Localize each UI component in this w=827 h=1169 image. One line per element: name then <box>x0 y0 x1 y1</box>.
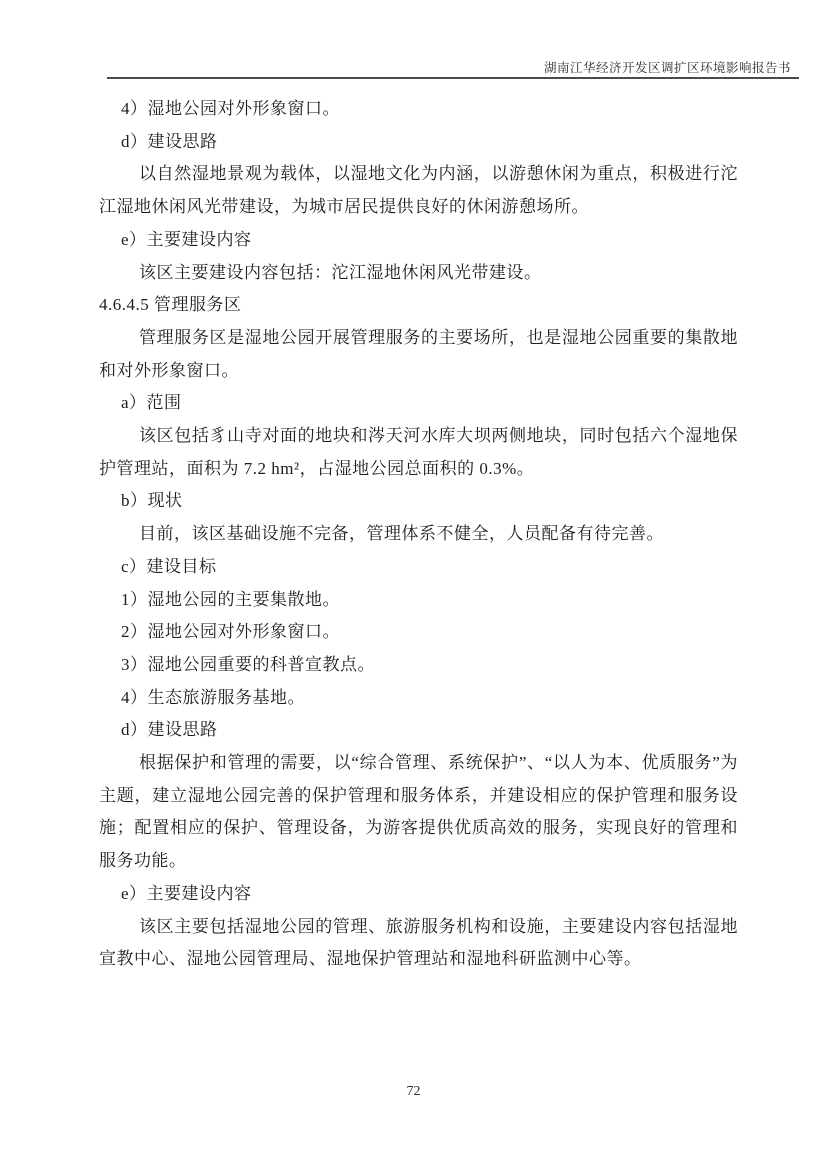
body-paragraph: 该区包括豸山寺对面的地块和涔天河水库大坝两侧地块，同时包括六个湿地保护管理站，面… <box>99 420 738 485</box>
body-paragraph: 目前，该区基础设施不完备，管理体系不健全，人员配备有待完善。 <box>99 518 738 551</box>
list-item: 1）湿地公园的主要集散地。 <box>99 584 738 617</box>
list-item: d）建设思路 <box>99 714 738 747</box>
running-header-title: 湖南江华经济开发区调扩区环境影响报告书 <box>544 58 791 76</box>
section-heading: 4.6.4.5 管理服务区 <box>99 289 738 322</box>
body-paragraph: 管理服务区是湿地公园开展管理服务的主要场所，也是湿地公园重要的集散地和对外形象窗… <box>99 322 738 387</box>
list-item: c）建设目标 <box>99 551 738 584</box>
document-page: 湖南江华经济开发区调扩区环境影响报告书 4）湿地公园对外形象窗口。d）建设思路以… <box>0 0 827 1169</box>
body-paragraph: 该区主要包括湿地公园的管理、旅游服务机构和设施，主要建设内容包括湿地宣教中心、湿… <box>99 911 738 976</box>
list-item: 4）生态旅游服务基地。 <box>99 682 738 715</box>
list-item: e）主要建设内容 <box>99 878 738 911</box>
list-item: 3）湿地公园重要的科普宣教点。 <box>99 649 738 682</box>
header-rule <box>107 77 799 79</box>
page-number: 72 <box>0 1084 827 1100</box>
body-paragraph: 该区主要建设内容包括：沱江湿地休闲风光带建设。 <box>99 257 738 290</box>
list-item: e）主要建设内容 <box>99 224 738 257</box>
list-item: d）建设思路 <box>99 126 738 159</box>
list-item: 4）湿地公园对外形象窗口。 <box>99 93 738 126</box>
list-item: 2）湿地公园对外形象窗口。 <box>99 616 738 649</box>
list-item: b）现状 <box>99 485 738 518</box>
body-paragraph: 根据保护和管理的需要，以“综合管理、系统保护”、“以人为本、优质服务”为主题，建… <box>99 747 738 878</box>
document-body: 4）湿地公园对外形象窗口。d）建设思路以自然湿地景观为载体，以湿地文化为内涵，以… <box>99 93 738 976</box>
body-paragraph: 以自然湿地景观为载体，以湿地文化为内涵，以游憩休闲为重点，积极进行沱江湿地休闲风… <box>99 158 738 223</box>
list-item: a）范围 <box>99 387 738 420</box>
